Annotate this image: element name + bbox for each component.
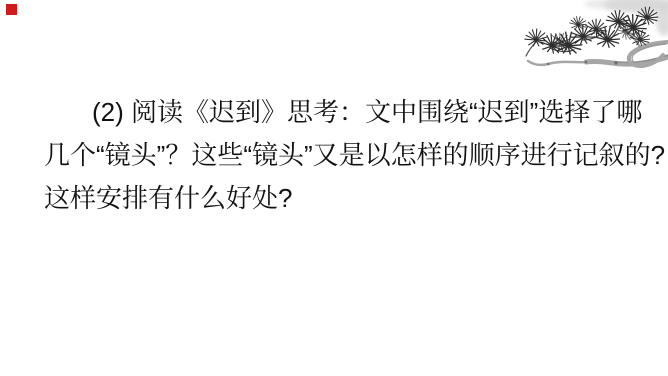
pine-branch-illustration xyxy=(490,0,668,92)
red-square-marker xyxy=(6,4,17,15)
question-line-2: 几个“镜头”？这些“镜头”又是以怎样的顺序进行记叙的? xyxy=(44,134,644,177)
question-text: (2) 阅读《迟到》思考：文中围绕“迟到”选择了哪 几个“镜头”？这些“镜头”又… xyxy=(44,91,644,220)
question-line-3: 这样安排有什么好处? xyxy=(44,177,644,220)
question-line-1: (2) 阅读《迟到》思考：文中围绕“迟到”选择了哪 xyxy=(44,91,644,134)
slide: (2) 阅读《迟到》思考：文中围绕“迟到”选择了哪 几个“镜头”？这些“镜头”又… xyxy=(0,0,668,376)
